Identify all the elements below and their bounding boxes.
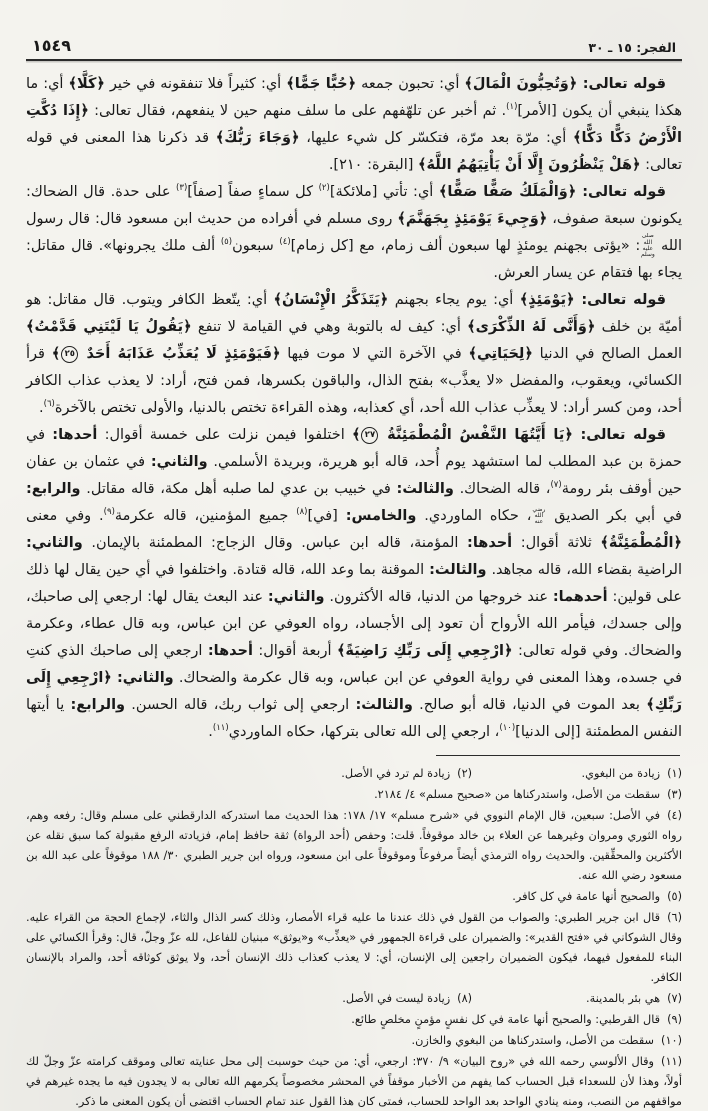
footnote-number: (٢) <box>457 767 472 780</box>
body-text: في الآخرة التي لا موت فيها <box>280 346 468 362</box>
footnote-ref: (٩) <box>104 507 115 517</box>
quran-quote: ﴿حُبًّا جَمًّا﴾ <box>286 76 356 92</box>
footnote-separator <box>436 755 680 756</box>
footnote-ref: (٣) <box>176 183 187 193</box>
footnote-text: قال ابن جرير الطبري: والصواب من القول في… <box>26 911 682 984</box>
body-text: . وفي معنى <box>26 508 104 524</box>
quran-quote: ﴿وَأَنَّى لَهُ الذِّكْرَى﴾ <box>467 319 595 335</box>
body-text: بعد الموت في الدنيا، قاله أبو صالح. <box>413 697 646 713</box>
footnote-number: (٦) <box>667 911 682 924</box>
body-text: في خبيب بن عدي لما صلبه أهل مكة، قاله مق… <box>81 481 397 497</box>
footnote-number: (٩) <box>667 1013 682 1026</box>
quran-quote: ﴿الْمُطْمَئِنَّةُ﴾ <box>600 535 682 551</box>
paragraph: قوله تعالى: ﴿وَالْمَلَكُ صَفًّا صَفًّا﴾ … <box>26 179 682 287</box>
body-text: أي: تحبون جمعه <box>356 76 464 92</box>
body-text: ، ارجعي إلى الله تعالى بتركها، حكاه الما… <box>229 724 500 740</box>
footnote-ref: (١١) <box>213 723 229 733</box>
footnote-row: (٩)قال القرطبي: والصحيح أنها عامة في كل … <box>26 1010 682 1030</box>
bold-lead: والرابع: <box>26 481 81 497</box>
quran-quote: ﴾ <box>352 427 361 443</box>
quran-quote: ﴿لِحَيَاتِي﴾ <box>468 346 532 362</box>
footnote-ref: (١٠) <box>499 723 515 733</box>
surah-range-title: الفجر: ١٥ ـ ٣٠ <box>588 40 676 55</box>
body-text: أي: مرّة بعد مرّة، فتكسّر كل شيء عليها، <box>300 130 573 146</box>
body-text: [البقرة: ٢١٠]. <box>329 157 418 173</box>
footnote-text: قال القرطبي: والصحيح أنها عامة في كل نفس… <box>351 1013 660 1026</box>
bold-lead: أحدها: <box>467 535 512 551</box>
quran-quote: ﴿وَتُحِبُّونَ الْمَالَ﴾ <box>464 76 577 92</box>
body-text: . ثم أخبر عن تلهّفهم على ما سلف منهم حين… <box>89 103 506 119</box>
footnote-row: (٣)سقطت من الأصل، واستدركناها من «صحيح م… <box>26 785 682 805</box>
footnote-row: (٦)قال ابن جرير الطبري: والصواب من القول… <box>26 908 682 988</box>
footnote-row: (١٠)سقطت من الأصل، واستدركناها من البغوي… <box>26 1031 682 1051</box>
body-text: المؤمنة، قاله ابن عباس. وقال الزجاج: الم… <box>83 535 467 551</box>
body-text: أي: يوم يجاء بجهنم <box>388 292 519 308</box>
paragraph: قوله تعالى: ﴿يَا أَيَّتُهَا النَّفْسُ ال… <box>26 422 682 746</box>
footnote-item: (١)زيادة من البغوي. <box>472 764 682 784</box>
bold-lead: والثاني: <box>268 589 325 605</box>
paragraph: قوله تعالى: ﴿وَتُحِبُّونَ الْمَالَ﴾ أي: … <box>26 71 682 179</box>
quran-quote: ﴿يَوْمَئِذٍ﴾ <box>520 292 575 308</box>
footnote-ref: (٢) <box>319 183 330 193</box>
bold-lead: والثالث: <box>355 697 412 713</box>
quran-quote: ﴿فَيَوْمَئِذٍ لَا يُعَذِّبُ عَذَابَهُ أَ… <box>79 346 280 362</box>
footnote-item: (٧)هي بئر بالمدينة. <box>472 989 682 1009</box>
tafsir-body: قوله تعالى: ﴿وَتُحِبُّونَ الْمَالَ﴾ أي: … <box>26 71 682 746</box>
bold-lead: والثاني: <box>26 535 83 551</box>
honorific-mark: رضي الله عنه <box>531 507 546 526</box>
scanned-book-page: الفجر: ١٥ ـ ٣٠ ١٥٤٩ قوله تعالى: ﴿وَتُحِب… <box>0 0 708 1111</box>
footnote-number: (١٠) <box>661 1034 682 1047</box>
footnote-ref: (٥) <box>221 237 232 247</box>
footnote-text: زيادة ليست في الأصل. <box>342 992 450 1005</box>
bold-lead: والرابع: <box>70 697 125 713</box>
footnote-item: (٥)والصحيح أنها عامة في كل كافر. <box>26 887 682 907</box>
body-text: الراضية بقضاء الله، قاله مجاهد. <box>487 562 682 578</box>
quran-quote: ﴿يَا أَيَّتُهَا النَّفْسُ الْمُطْمَئِنَّ… <box>379 427 572 443</box>
footnote-item: (١٠)سقطت من الأصل، واستدركناها من البغوي… <box>26 1031 682 1051</box>
body-text: ، قاله الضحاك. <box>454 481 551 497</box>
footnote-item: (٣)سقطت من الأصل، واستدركناها من «صحيح م… <box>26 785 682 805</box>
bold-lead: قوله تعالى: <box>573 427 666 443</box>
bold-lead: أحدها: <box>208 643 253 659</box>
footnote-text: سقطت من الأصل، واستدركناها من «صحيح مسلم… <box>374 788 660 801</box>
body-text: أي: تأتي [ملائكة] <box>330 184 439 200</box>
bold-lead: قوله تعالى: <box>576 184 666 200</box>
footnote-number: (٣) <box>667 788 682 801</box>
quran-quote: ﴿هَلْ يَنْظُرُونَ إِلَّا أَنْ يَأْتِيَهُ… <box>418 157 641 173</box>
body-text: أربعة أقوال: <box>253 643 337 659</box>
footnote-ref: (٦) <box>44 399 55 409</box>
footnote-number: (١) <box>667 767 682 780</box>
body-text: أي: كيف له بالتوبة وهي في القيامة لا تنف… <box>192 319 468 335</box>
footnote-row: (١١)وقال الألوسي رحمه الله في «روح البيا… <box>26 1052 682 1111</box>
footnote-item: (٤)في الأصل: سبعين، قال الإمام النووي في… <box>26 806 682 886</box>
footnote-number: (١١) <box>661 1055 682 1068</box>
body-text: سبعون <box>232 238 279 254</box>
bold-lead: والثاني: <box>151 454 208 470</box>
page-header: الفجر: ١٥ ـ ٣٠ ١٥٤٩ <box>26 36 682 59</box>
footnote-row: (٧)هي بئر بالمدينة.(٨)زيادة ليست في الأص… <box>26 989 682 1009</box>
footnote-text: سقطت من الأصل، واستدركناها من البغوي وال… <box>412 1034 654 1047</box>
quran-quote: ﴿كَلَّا﴾ <box>68 76 104 92</box>
body-text: أي: كثيراً فلا تنفقونه في خير <box>105 76 286 92</box>
quran-quote: ﴿ارْجِعِي إِلَى رَبِّكِ رَاضِيَةً﴾ <box>337 643 513 659</box>
footnote-number: (٥) <box>667 890 682 903</box>
footnotes-section: (١)زيادة من البغوي.(٢)زيادة لم ترد في ال… <box>26 764 682 1111</box>
footnote-item: (٢)زيادة لم ترد في الأصل. <box>26 764 472 784</box>
bold-lead: والخامس: <box>346 508 417 524</box>
bold-lead: قوله تعالى: <box>577 76 666 92</box>
quran-quote: ﴾ <box>52 346 61 362</box>
quran-quote: ﴿وَجَاءَ رَبُّكَ﴾ <box>216 130 300 146</box>
footnote-ref: (١) <box>506 102 517 112</box>
footnote-row: (٥)والصحيح أنها عامة في كل كافر. <box>26 887 682 907</box>
body-text: العمل الصالح في الدنيا <box>533 346 682 362</box>
body-text: [في] <box>308 508 346 524</box>
footnote-ref: (٨) <box>296 507 307 517</box>
bold-lead: قوله تعالى: <box>575 292 666 308</box>
quran-quote: ﴿وَجِيءَ يَوْمَئِذٍ بِجَهَنَّمَ﴾ <box>397 211 547 227</box>
body-text: ثلاثة أقوال: <box>512 535 600 551</box>
footnote-ref: (٤) <box>279 237 290 247</box>
footnote-text: والصحيح أنها عامة في كل كافر. <box>512 890 660 903</box>
bold-lead: والثالث: <box>397 481 454 497</box>
bold-lead: أحدها: <box>52 427 97 443</box>
honorific-mark: صلى الله عليه وسلم <box>640 233 655 258</box>
quran-quote: ﴿يَقُولُ يَا لَيْتَنِي قَدَّمْتُ﴾ <box>26 319 192 335</box>
body-text: في أبي بكر الصديق <box>546 508 682 524</box>
bold-lead: والثالث: <box>429 562 486 578</box>
quran-quote: ﴿يَتَذَكَّرُ الْإِنْسَانُ﴾ <box>274 292 389 308</box>
footnote-row: (١)زيادة من البغوي.(٢)زيادة لم ترد في ال… <box>26 764 682 784</box>
quran-quote: ﴿وَالْمَلَكُ صَفًّا صَفًّا﴾ <box>439 184 576 200</box>
footnote-text: في الأصل: سبعين، قال الإمام النووي في «ش… <box>26 809 682 882</box>
footnote-item: (٩)قال القرطبي: والصحيح أنها عامة في كل … <box>26 1010 682 1030</box>
footnote-text: وقال الألوسي رحمه الله في «روح البيان» ٩… <box>26 1055 682 1108</box>
page-number: ١٥٤٩ <box>32 36 71 55</box>
footnote-number: (٧) <box>667 992 682 1005</box>
body-text: عند خروجها من الدنيا، قاله الأكثرون. <box>325 589 553 605</box>
ayah-number-badge: ٢٥ <box>61 346 78 363</box>
ayah-number-badge: ٢٧ <box>361 427 378 444</box>
header-rule <box>26 59 682 61</box>
body-text: كل سماءٍ صفاً [صفاً] <box>187 184 318 200</box>
footnote-item: (١١)وقال الألوسي رحمه الله في «روح البيا… <box>26 1052 682 1111</box>
body-text: : «يؤتى بجهنم يومئذٍ لها سبعون ألف زمام،… <box>291 238 641 254</box>
footnote-number: (٨) <box>457 992 472 1005</box>
body-text: ارجعي إلى ثواب ربك، قاله الحسن. <box>125 697 355 713</box>
bold-lead: والثاني: <box>117 670 174 686</box>
footnote-row: (٤)في الأصل: سبعين، قال الإمام النووي في… <box>26 806 682 886</box>
footnote-item: (٨)زيادة ليست في الأصل. <box>26 989 472 1009</box>
bold-lead: أحدهما: <box>553 589 608 605</box>
body-text: اختلفوا فيمن نزلت على خمسة أقوال: <box>97 427 352 443</box>
paragraph: قوله تعالى: ﴿يَوْمَئِذٍ﴾ أي: يوم يجاء بج… <box>26 287 682 422</box>
footnote-text: زيادة من البغوي. <box>582 767 661 780</box>
footnote-item: (٦)قال ابن جرير الطبري: والصواب من القول… <box>26 908 682 988</box>
footnote-text: زيادة لم ترد في الأصل. <box>341 767 450 780</box>
footnote-text: هي بئر بالمدينة. <box>586 992 660 1005</box>
footnote-number: (٤) <box>667 809 682 822</box>
body-text: ، حكاه الماوردي. <box>416 508 531 524</box>
footnote-ref: (٧) <box>550 480 561 490</box>
body-text: جميع المؤمنين، قاله عكرمة <box>115 508 296 524</box>
